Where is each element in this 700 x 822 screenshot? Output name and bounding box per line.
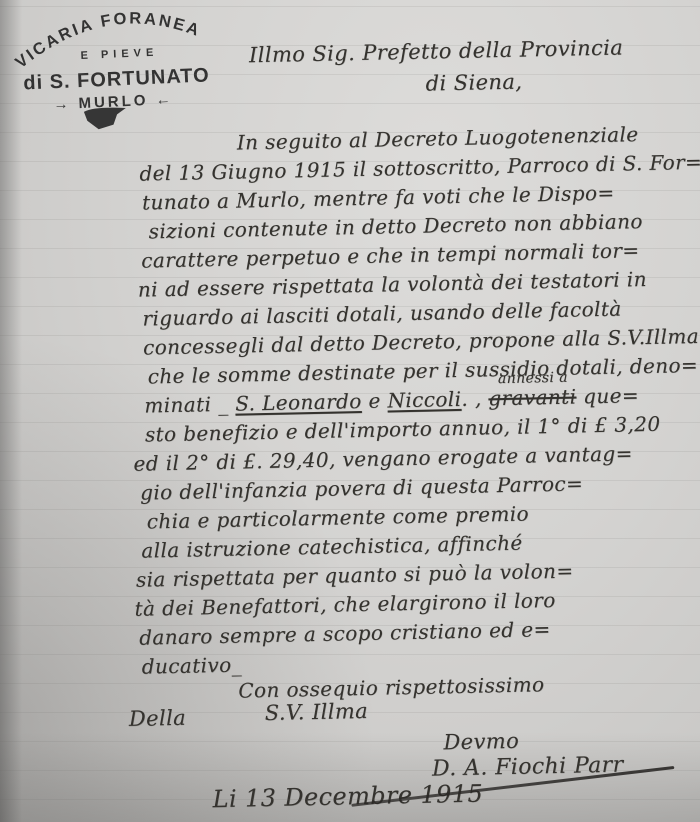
body-line: sia rispettata per quanto si può la volo… bbox=[136, 559, 574, 592]
closing-devmo: Devmo bbox=[443, 729, 519, 755]
handwritten-letter: Illmo Sig. Prefetto della Provincia di S… bbox=[0, 0, 700, 822]
body-line: del 13 Giugno 1915 il sottoscritto, Parr… bbox=[139, 150, 700, 186]
body-line: alla istruzione catechistica, affinché bbox=[141, 531, 523, 563]
body-line-with-correction: minati _ S. Leonardo e Niccoli. , anness… bbox=[144, 383, 639, 417]
body-line: ed il 2° di £. 29,40, vengano erogate a … bbox=[133, 441, 633, 475]
body-line: sto benefizio e dell'importo annuo, il 1… bbox=[145, 412, 661, 447]
underlined-name: Niccoli bbox=[387, 387, 461, 413]
body-line: gio dell'infanzia povera di questa Parro… bbox=[140, 471, 584, 504]
struck-text: gravanti bbox=[488, 384, 577, 410]
closing-salutation: Con ossequio rispettosissimo bbox=[238, 672, 545, 702]
closing-della: Della bbox=[129, 706, 187, 731]
body-text: minati _ bbox=[144, 392, 235, 418]
body-line: ni ad essere rispettata la volontà dei t… bbox=[138, 267, 647, 302]
body-line: sizioni contenute in detto Decreto non a… bbox=[148, 209, 643, 243]
body-line: tà dei Benefattori, che elargirono il lo… bbox=[134, 588, 556, 621]
inserted-text: annessi a bbox=[498, 370, 568, 387]
correction: annessi agravanti bbox=[488, 384, 577, 410]
body-text: e bbox=[361, 388, 387, 413]
recipient-line-2: di Siena, bbox=[425, 70, 522, 96]
body-line: tunato a Murlo, mentre fa voti che le Di… bbox=[142, 181, 615, 215]
body-line: ducativo_ bbox=[142, 653, 243, 679]
body-line: danaro sempre a scopo cristiano ed e= bbox=[139, 617, 551, 650]
body-line: chia e particolarmente come premio bbox=[146, 502, 529, 534]
body-line: carattere perpetuo e che in tempi normal… bbox=[141, 238, 640, 272]
letter-page: VICARIA FORANEA E PIEVE di S. FORTUNATO … bbox=[0, 0, 700, 822]
body-line: riguardo ai lasciti dotali, usando delle… bbox=[142, 297, 622, 331]
date-line: Li 13 Decembre 1915 bbox=[212, 780, 483, 814]
body-text: que= bbox=[576, 383, 639, 408]
body-line: In seguito al Decreto Luogotenenziale bbox=[237, 122, 639, 154]
underlined-name: S. Leonardo bbox=[235, 389, 362, 416]
closing-sv: S.V. Illma bbox=[265, 699, 369, 725]
recipient-line-1: Illmo Sig. Prefetto della Provincia bbox=[249, 35, 624, 67]
body-text: . , bbox=[461, 386, 489, 411]
